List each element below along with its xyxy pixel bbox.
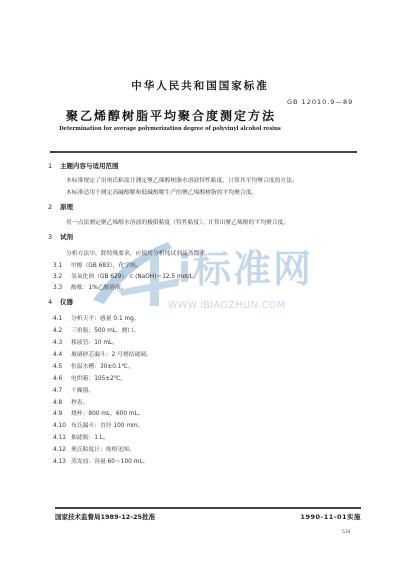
watermark-url: WWW.iBIAOZHUN.COM [168, 300, 285, 311]
approval-date: 国家技术监督局1989-12-25批准 [55, 512, 155, 521]
section-title: 仪器 [60, 298, 73, 306]
list-item: 4.10布氏漏斗：直径 100 mm。 [53, 420, 143, 429]
section-title: 试剂 [60, 233, 73, 241]
section-title: 原理 [60, 203, 73, 211]
section-heading-4: 4仪器 [48, 297, 73, 306]
section-heading-1: 1主题内容与适用范围 [48, 161, 119, 170]
list-item: 4.5恒温水槽：30±0.1℃。 [53, 361, 134, 370]
standard-type: 中华人民共和国国家标准 [0, 78, 400, 93]
list-item: 4.1分析天平：感量 0.1 mg。 [53, 313, 140, 322]
list-item: 4.9烧杯：800 mL，600 mL。 [53, 408, 144, 417]
list-item: 4.2三角瓶：500 mL，磨口。 [53, 325, 139, 334]
paragraph: 本标准适用于测定高碱醇解和低碱醇解生产的聚乙烯醇树脂的平均聚合度。 [66, 187, 257, 196]
standard-code: GB 12010.9—89 [287, 98, 353, 106]
section-number: 1 [48, 162, 60, 170]
list-item: 3.2氢氧化钠（GB 629），c (NaOH)＝12.5 mol/L。 [53, 271, 199, 280]
list-item: 4.11抽滤瓶：1 L。 [53, 432, 109, 441]
page-number: 534 [342, 530, 351, 535]
effective-date: 1990-11-01实施 [300, 512, 361, 521]
list-item: 4.13蒸发皿：容量 60～100 mL。 [53, 456, 148, 465]
list-item: 3.1甲醇（GB 683），化学纯。 [53, 260, 142, 269]
section-number: 2 [48, 203, 60, 211]
section-heading-3: 3试剂 [48, 232, 73, 241]
footer-divider [55, 507, 361, 509]
list-item: 4.8秒表。 [53, 397, 88, 406]
list-item: 4.6电烘箱：105±2℃。 [53, 373, 126, 382]
paragraph: 本标准规定了用奥氏粘度计测定聚乙烯醇树脂水溶液特性粘度，计算其平均聚合度的方法。 [66, 175, 298, 184]
watermark-text: i标准网 [178, 238, 313, 293]
list-item: 4.12奥氏粘度计：规格见图。 [53, 444, 135, 453]
section-title: 主题内容与适用范围 [60, 162, 119, 170]
section-heading-2: 2原理 [48, 202, 73, 211]
document-title: 聚乙烯醇树脂平均聚合度测定方法 [0, 107, 342, 124]
section-number: 4 [48, 298, 60, 306]
header-divider [50, 151, 357, 153]
list-item: 4.7干燥器。 [53, 385, 94, 394]
document-subtitle: Determination for average polymerization… [0, 126, 340, 132]
list-item: 4.3移液管：10 mL。 [53, 337, 118, 346]
list-item: 3.3酚酞：1%乙醇溶液。 [53, 282, 127, 291]
section-number: 3 [48, 233, 60, 241]
paragraph: 分析方法中，除特殊要求，应使用分析纯试剂及蒸馏水。 [66, 248, 211, 257]
list-item: 4.4玻璃砂芯漏斗：2 号烧结玻璃。 [53, 349, 152, 358]
paragraph: 用一点法测定聚乙烯醇水溶液的极限粘度（特性粘度），计算出聚乙烯醇的平均聚合度。 [66, 217, 289, 226]
